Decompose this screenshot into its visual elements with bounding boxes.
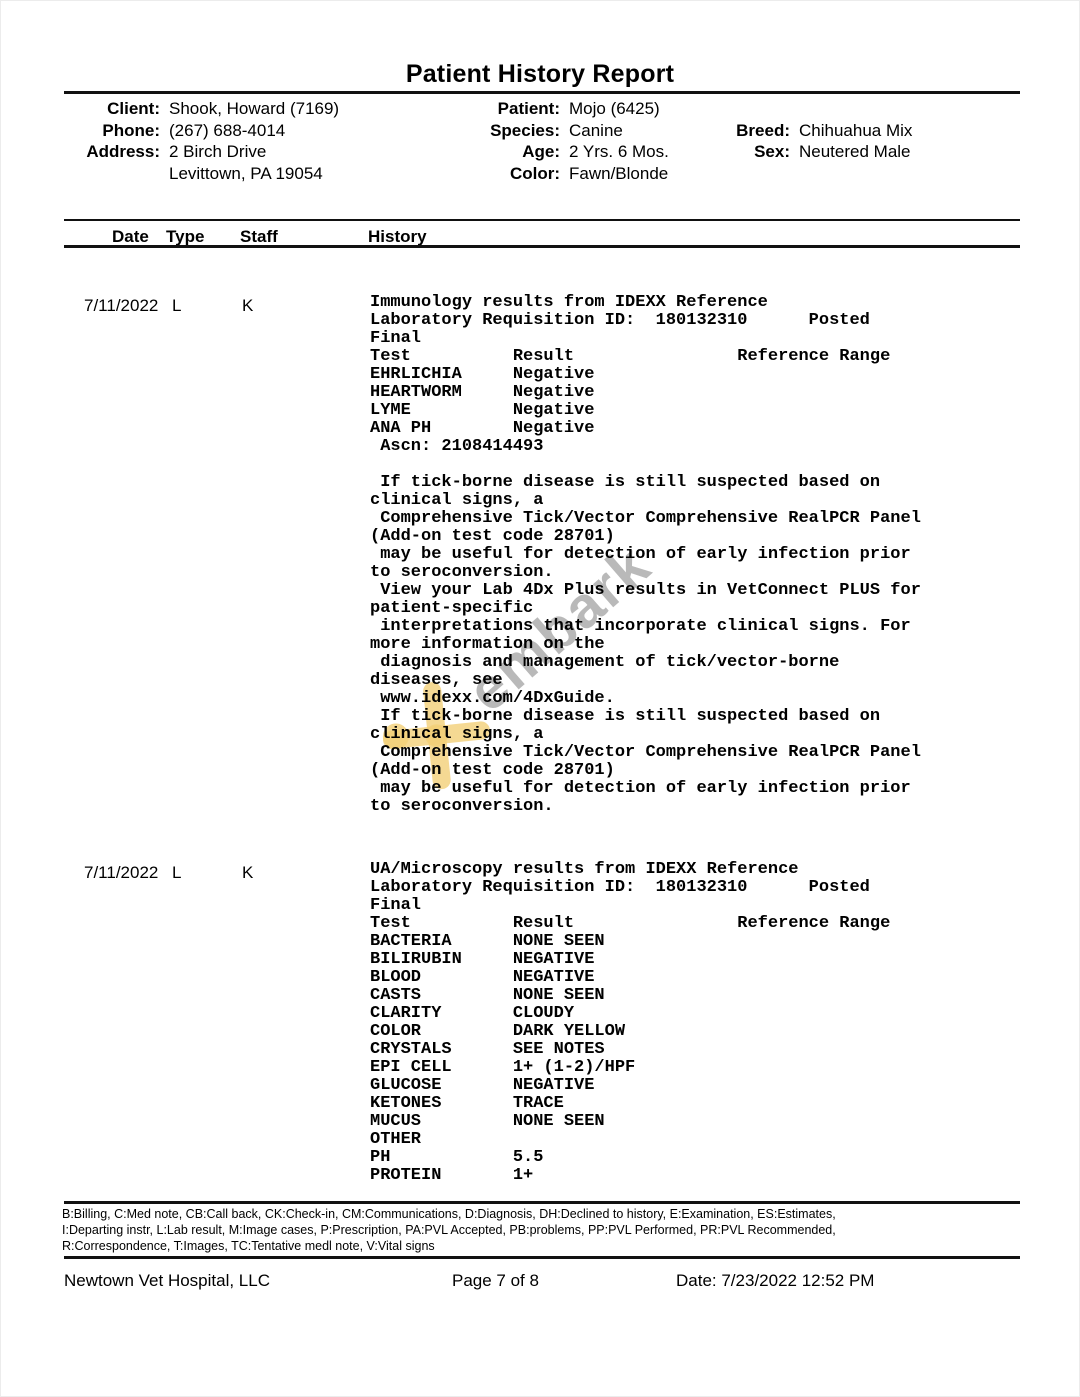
age-value: 2 Yrs. 6 Mos.	[569, 142, 669, 164]
address-value-2: Levittown, PA 19054	[169, 164, 339, 186]
phone-value: (267) 688-4014	[169, 121, 339, 143]
column-header-type: Type	[166, 227, 204, 247]
patient-value: Mojo (6425)	[569, 99, 669, 121]
breed-sex-column: Breed: Chihuahua Mix Sex: Neutered Male	[678, 121, 912, 164]
address-label-2	[58, 164, 160, 186]
patient-info-column: Patient: Mojo (6425) Species: Canine Age…	[420, 99, 669, 185]
address-value: 2 Birch Drive	[169, 142, 339, 164]
page-indicator: Page 7 of 8	[452, 1271, 539, 1291]
sex-value: Neutered Male	[799, 142, 912, 164]
patient-label: Patient:	[420, 99, 560, 121]
color-value: Fawn/Blonde	[569, 164, 669, 186]
phone-label: Phone:	[58, 121, 160, 143]
entry-history-text: UA/Microscopy results from IDEXX Referen…	[370, 861, 890, 1185]
table-header-bottom-divider	[64, 245, 1020, 248]
color-label: Color:	[420, 164, 560, 186]
column-header-staff: Staff	[240, 227, 278, 247]
patient-history-report-page: embark Patient History Report Client: Sh…	[0, 0, 1080, 1397]
breed-value: Chihuahua Mix	[799, 121, 912, 143]
legend-top-divider	[64, 1201, 1020, 1204]
species-label: Species:	[420, 121, 560, 143]
clinic-name: Newtown Vet Hospital, LLC	[64, 1271, 270, 1291]
entry-date: 7/11/2022	[84, 863, 158, 883]
client-value: Shook, Howard (7169)	[169, 99, 339, 121]
entry-history-text: Immunology results from IDEXX Reference …	[370, 294, 921, 816]
client-label: Client:	[58, 99, 160, 121]
entry-staff: K	[242, 863, 253, 883]
legend-bottom-divider	[64, 1256, 1020, 1259]
column-header-history: History	[368, 227, 427, 247]
table-header-top-divider	[64, 219, 1020, 221]
breed-label: Breed:	[678, 121, 790, 143]
legend-line-1: B:Billing, C:Med note, CB:Call back, CK:…	[62, 1207, 836, 1223]
type-code-legend: B:Billing, C:Med note, CB:Call back, CK:…	[62, 1207, 836, 1254]
entry-type: L	[172, 296, 181, 316]
page-title: Patient History Report	[0, 60, 1080, 89]
client-info-column: Client: Shook, Howard (7169) Phone: (267…	[58, 99, 339, 185]
species-value: Canine	[569, 121, 669, 143]
entry-staff: K	[242, 296, 253, 316]
sex-label: Sex:	[678, 142, 790, 164]
legend-line-3: R:Correspondence, T:Images, TC:Tentative…	[62, 1239, 836, 1255]
column-header-date: Date	[112, 227, 149, 247]
entry-type: L	[172, 863, 181, 883]
title-divider	[64, 91, 1020, 94]
entry-date: 7/11/2022	[84, 296, 158, 316]
print-date: Date: 7/23/2022 12:52 PM	[676, 1271, 874, 1291]
legend-line-2: I:Departing instr, L:Lab result, M:Image…	[62, 1223, 836, 1239]
age-label: Age:	[420, 142, 560, 164]
address-label: Address:	[58, 142, 160, 164]
